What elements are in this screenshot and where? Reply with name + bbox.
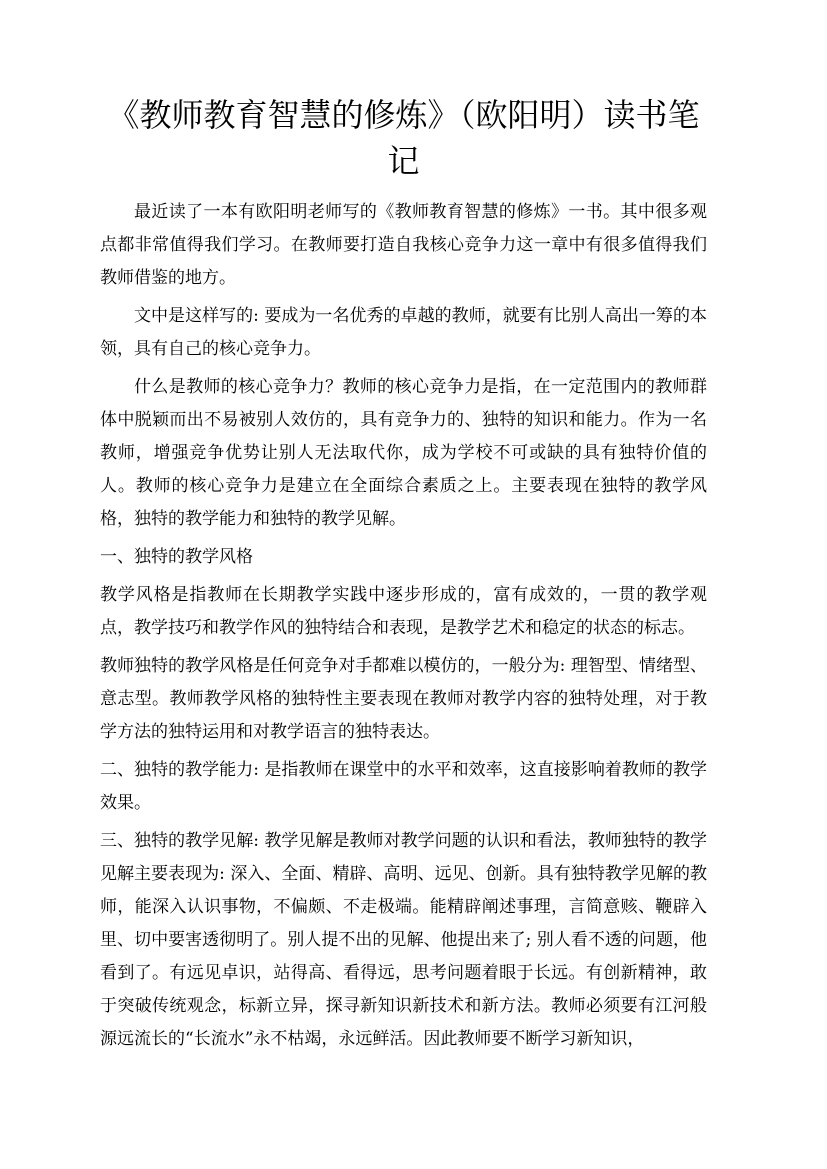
paragraph-style-1: 教学风格是指教师在长期教学实践中逐步形成的，富有成效的，一贯的教学观点，教学技巧…: [100, 579, 707, 645]
document-content: 《教师教育智慧的修炼》（欧阳明）读书笔记 最近读了一本有欧阳明老师写的《教师教育…: [100, 92, 707, 1061]
paragraph-style-2: 教师独特的教学风格是任何竞争对手都难以模仿的，一般分为: 理智型、情绪型、意志型…: [100, 650, 707, 749]
paragraph-definition: 什么是教师的核心竞争力？教师的核心竞争力是指，在一定范围内的教师群体中脱颖而出不…: [100, 371, 707, 536]
paragraph-ability: 二、独特的教学能力: 是指教师在课堂中的水平和效率，这直接影响着教师的教学效果。: [100, 754, 707, 820]
paragraph-intro: 最近读了一本有欧阳明老师写的《教师教育智慧的修炼》一书。其中很多观点都非常值得我…: [100, 196, 707, 295]
paragraph-quote: 文中是这样写的: 要成为一名优秀的卓越的教师，就要有比别人高出一筹的本领，具有自…: [100, 300, 707, 366]
heading-teaching-style: 一、独特的教学风格: [100, 541, 707, 574]
document-title: 《教师教育智慧的修炼》（欧阳明）读书笔记: [100, 92, 707, 184]
document-page: 《教师教育智慧的修炼》（欧阳明）读书笔记 最近读了一本有欧阳明老师写的《教师教育…: [0, 0, 827, 1169]
paragraph-insight: 三、独特的教学见解: 教学见解是教师对教学问题的认识和看法，教师独特的教学见解主…: [100, 825, 707, 1056]
